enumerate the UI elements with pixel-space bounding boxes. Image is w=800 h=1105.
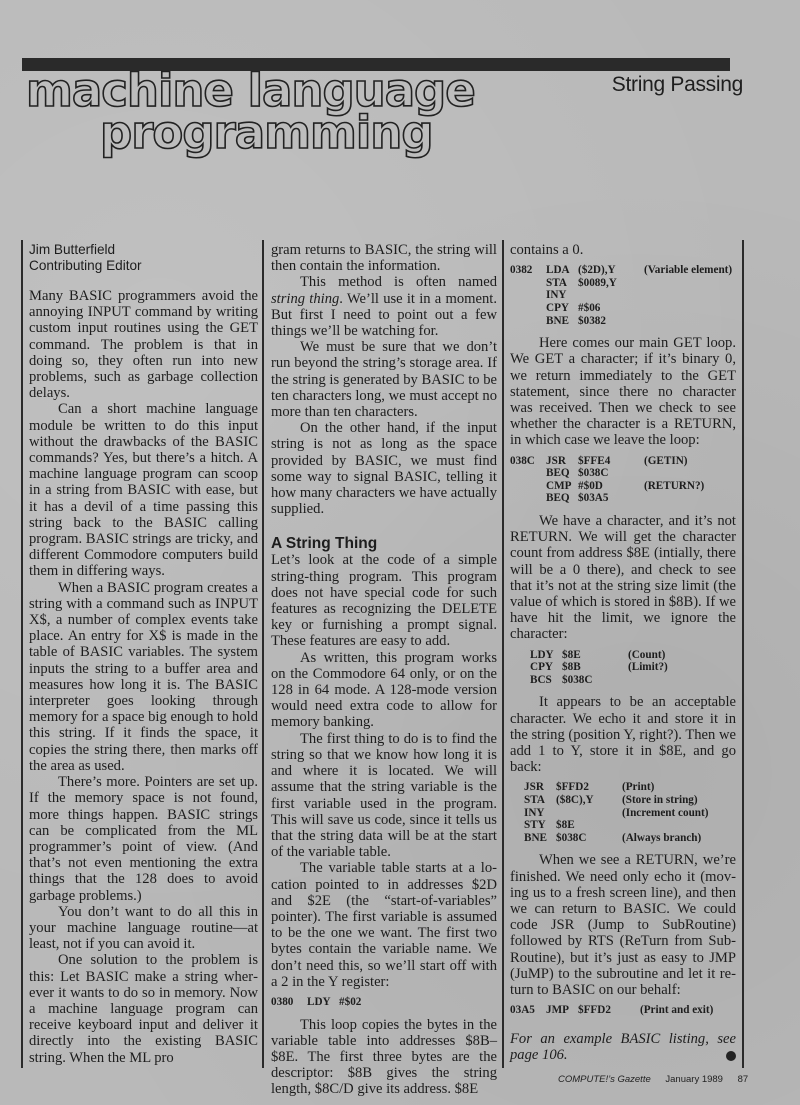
code-line: BNE$0382 (510, 315, 736, 328)
column-3: contains a 0. 0382LDA($2D),Y(Variable el… (510, 242, 736, 1063)
code-listing: 0380 LDY #$02 (271, 996, 497, 1009)
code-line: STA($8C),Y(Store in string) (524, 794, 736, 807)
paragraph: Here comes our main GET loop. We GET a c… (510, 335, 736, 448)
code-line: BEQ$03A5 (510, 492, 736, 505)
code-line: CMP#$0D(RETURN?) (510, 480, 736, 493)
code-line: 038CJSR$FFE4(GETIN) (510, 455, 736, 468)
emphasis: string thing (271, 291, 339, 307)
column-rule-right (742, 240, 744, 1068)
code-listing: 038CJSR$FFE4(GETIN) BEQ$038C CMP#$0D(RET… (510, 455, 736, 505)
column-1: Jim Butterfield Contributing Editor Many… (29, 242, 258, 1066)
listing-reference-note: For an example BASIC listing, see page 1… (510, 1031, 736, 1063)
paragraph: We have a character, and it’s not RETURN… (510, 513, 736, 643)
paragraph: Many BASIC programmers avoid the annoyin… (29, 288, 258, 401)
paragraph: One solution to the problem is this: Let… (29, 952, 258, 1065)
page-number: 87 (738, 1074, 749, 1085)
paragraph: The variable table starts at a lo­cation… (271, 860, 497, 990)
paragraph: This method is often named string thing.… (271, 274, 497, 339)
title-line-2: programming (100, 110, 433, 155)
author-role: Contributing Editor (29, 258, 258, 274)
code-line: CPY#$06 (510, 302, 736, 315)
code-line: STY$8E (524, 819, 736, 832)
code-line: 03A5JMP$FFD2(Print and exit) (510, 1004, 736, 1017)
code-line: LDY$8E(Count) (530, 649, 736, 662)
issue-date: January 1989 (665, 1074, 723, 1085)
column-rule-left (21, 240, 23, 1068)
paragraph: On the other hand, if the input string i… (271, 420, 497, 517)
paragraph: We must be sure that we don’t run beyond… (271, 339, 497, 420)
code-listing: 03A5JMP$FFD2(Print and exit) (510, 1004, 736, 1017)
paragraph: gram returns to BASIC, the string will t… (271, 242, 497, 274)
paragraph: When we see a RETURN, we’re finished. We… (510, 852, 736, 998)
column-2: gram returns to BASIC, the string will t… (271, 242, 497, 1098)
publication-name: COMPUTE!’s Gazette (558, 1074, 651, 1085)
code-line: STA$0089,Y (510, 277, 736, 290)
paragraph: When a BASIC program cre­ates a string w… (29, 580, 258, 774)
end-of-article-bullet-icon (726, 1051, 736, 1061)
paragraph: Let’s look at the code of a simple strin… (271, 552, 497, 649)
author-name: Jim Butterfield (29, 242, 258, 258)
paragraph: The first thing to do is to find the str… (271, 731, 497, 861)
paragraph: As written, this program works on the Co… (271, 650, 497, 731)
code-listing: JSR$FFD2(Print) STA($8C),Y(Store in stri… (510, 781, 736, 844)
code-line: CPY$8B(Limit?) (530, 661, 736, 674)
subheading: A String Thing (271, 535, 497, 552)
column-rule-1 (262, 240, 264, 1068)
code-line: BEQ$038C (510, 467, 736, 480)
byline: Jim Butterfield Contributing Editor (29, 242, 258, 274)
code-listing: LDY$8E(Count) CPY$8B(Limit?) BCS$038C (510, 649, 736, 687)
code-line: BCS$038C (530, 674, 736, 687)
code-line: BNE$038C(Always branch) (524, 832, 736, 845)
column-rule-2 (502, 240, 504, 1068)
paragraph: You don’t want to do all this in your ma… (29, 904, 258, 953)
article-title: String Passing (612, 73, 743, 97)
code-line: 0382LDA($2D),Y(Variable element) (510, 264, 736, 277)
paragraph: There’s more. Pointers are set up. If th… (29, 774, 258, 904)
code-listing: 0382LDA($2D),Y(Variable element) STA$008… (510, 264, 736, 327)
code-line: INY(Increment count) (524, 807, 736, 820)
paragraph: This loop copies the bytes in the variab… (271, 1017, 497, 1098)
code-line: 0380 LDY #$02 (271, 996, 497, 1009)
code-line: JSR$FFD2(Print) (524, 781, 736, 794)
page-footer: COMPUTE!’s Gazette January 1989 87 (558, 1074, 760, 1085)
code-line: INY (510, 289, 736, 302)
paragraph: Can a short machine language module be w… (29, 401, 258, 579)
paragraph: contains a 0. (510, 242, 736, 258)
paragraph: It appears to be an acceptable character… (510, 694, 736, 775)
